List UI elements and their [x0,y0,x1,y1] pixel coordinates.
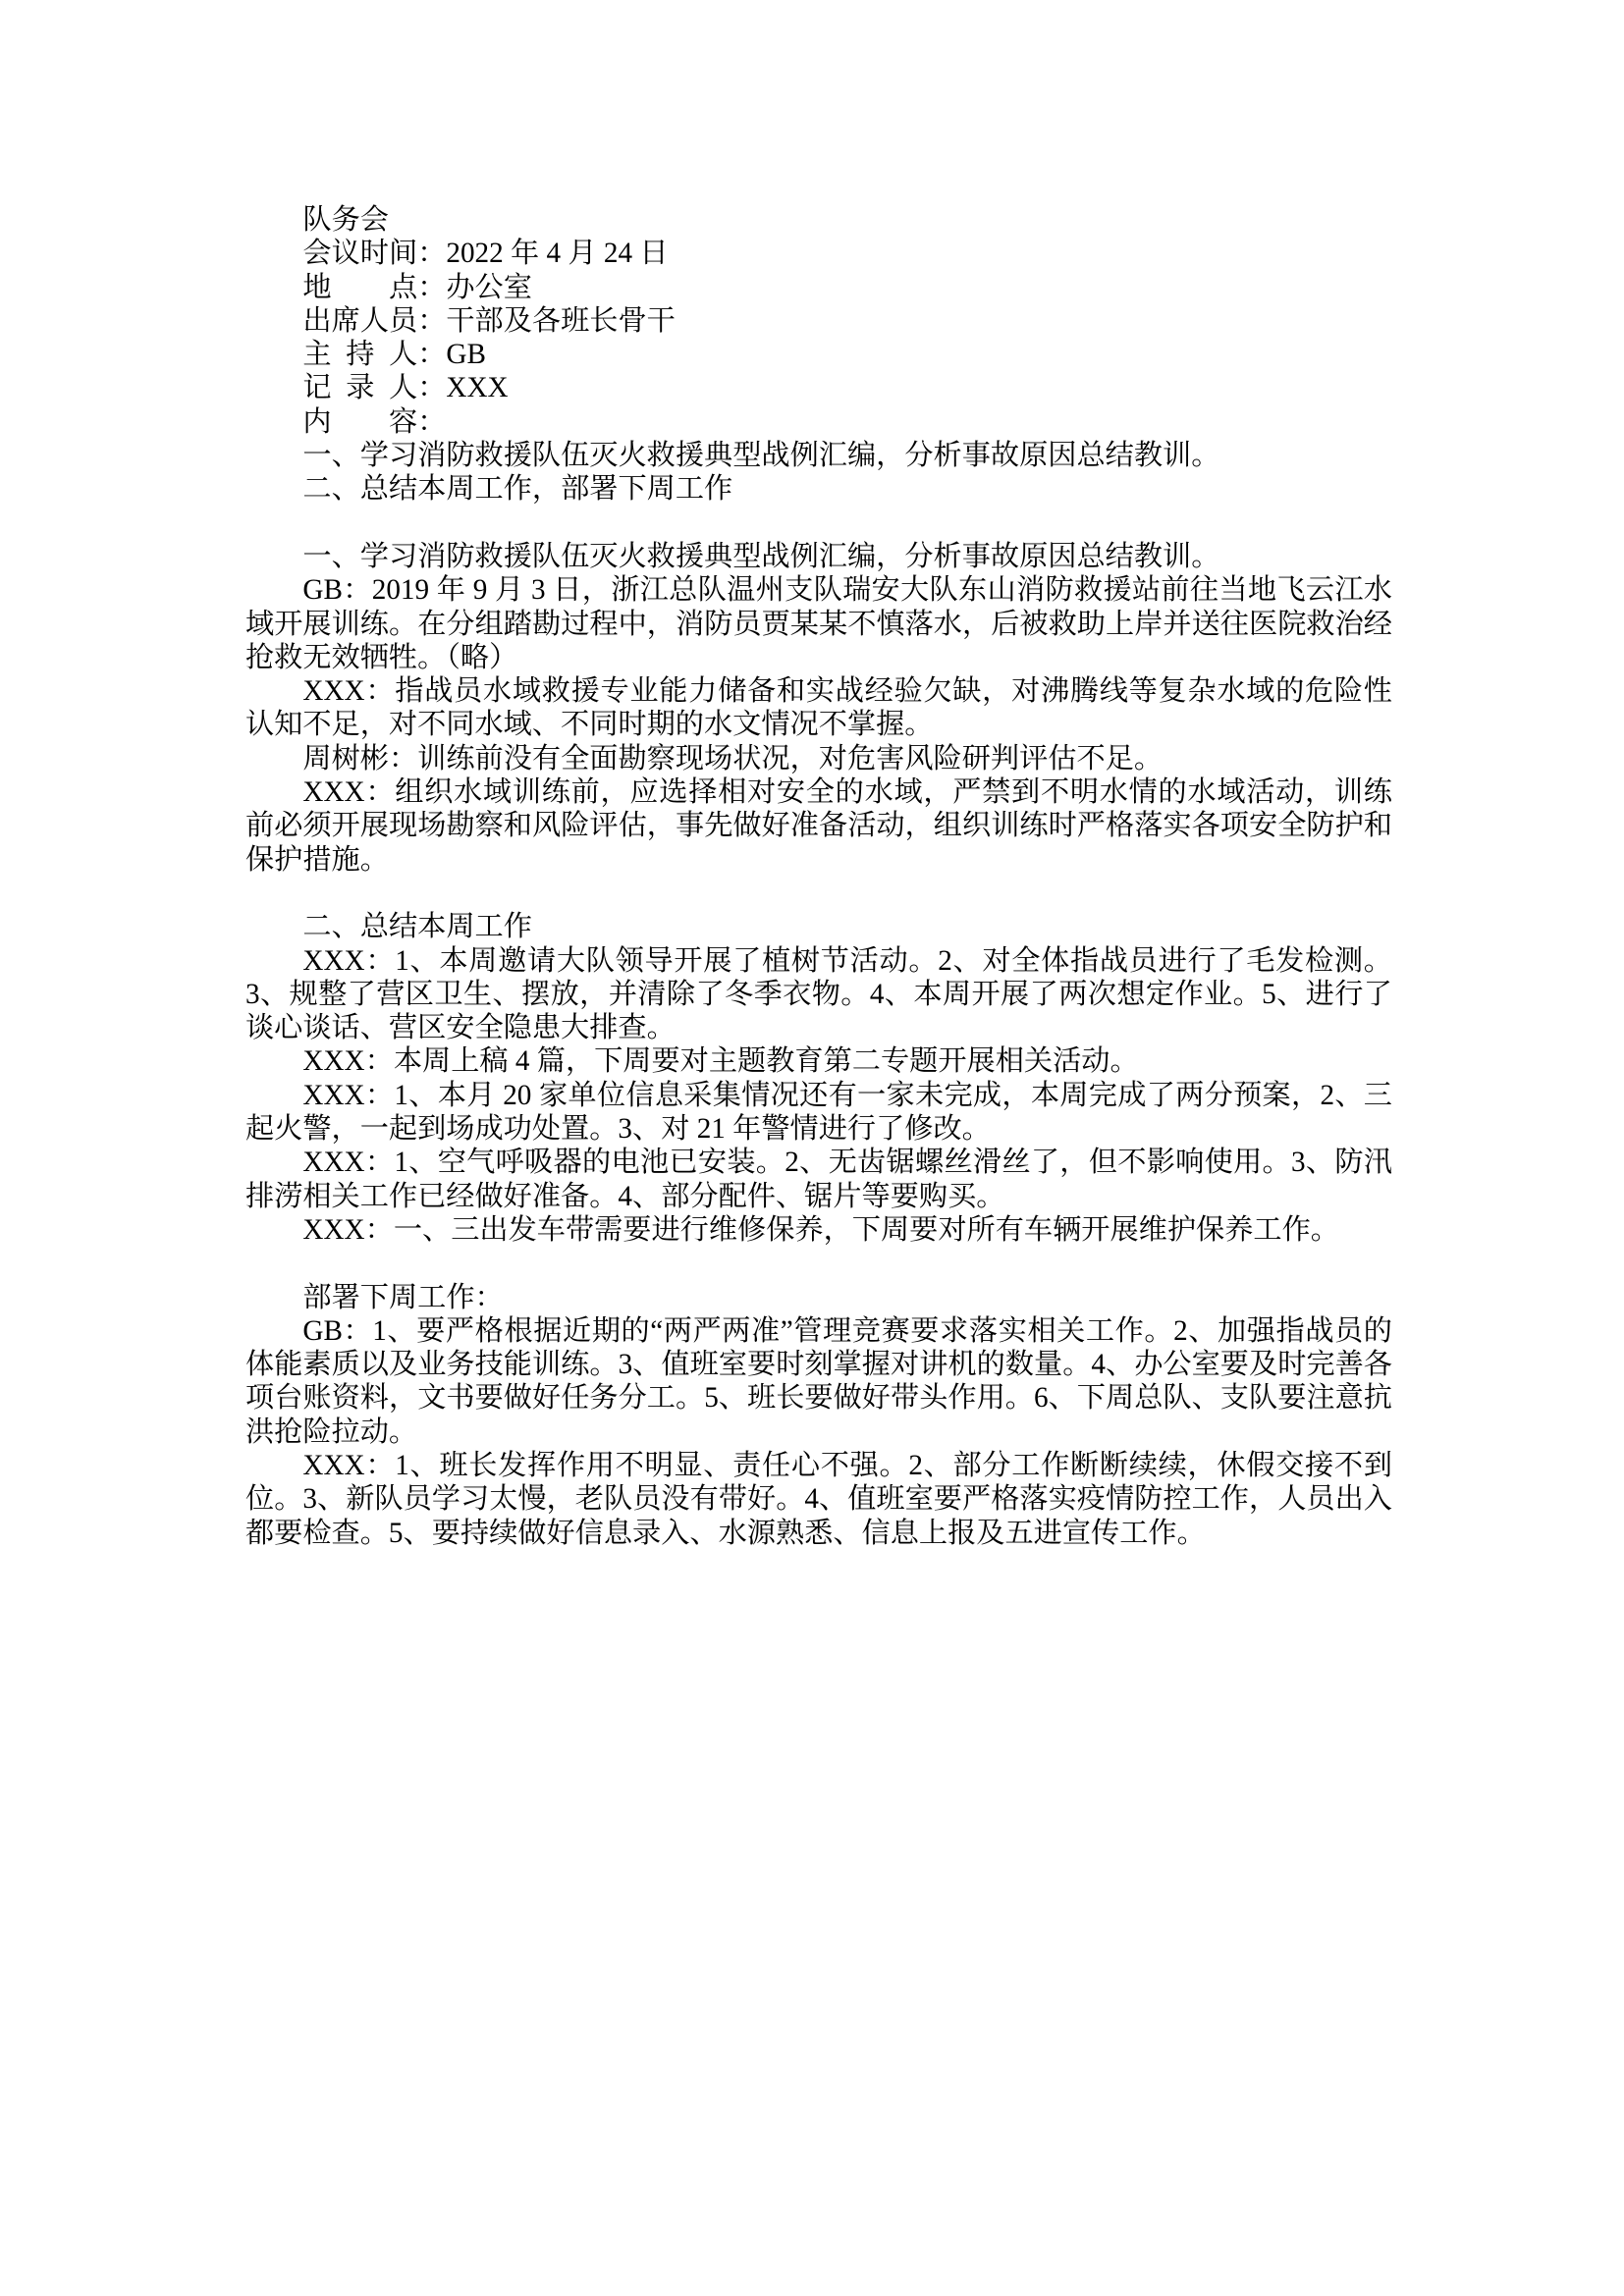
paragraph: XXX：1、空气呼吸器的电池已安装。2、无齿锯螺丝滑丝了，但不影响使用。3、防汛… [245,1146,1392,1213]
paragraph: GB：2019 年 9 月 3 日，浙江总队温州支队瑞安大队东山消防救援站前往当… [245,573,1392,674]
meta-label: 地点 [302,271,417,304]
content-label: 内容 [302,405,417,439]
meta-row: 会议时间：2022 年 4 月 24 日 [245,237,1392,270]
paragraph: XXX：1、本月 20 家单位信息采集情况还有一家未完成，本周完成了两分预案，2… [245,1079,1392,1147]
meta-block: 会议时间：2022 年 4 月 24 日地点：办公室出席人员：干部及各班长骨干主… [245,237,1392,404]
document-page: 队务会 会议时间：2022 年 4 月 24 日地点：办公室出席人员：干部及各班… [245,203,1392,1550]
meta-value: ：2022 年 4 月 24 日 [417,238,668,269]
paragraph: GB：1、要严格根据近期的“两严两准”管理竞赛要求落实相关工作。2、加强指战员的… [245,1314,1392,1449]
paragraph: XXX：指战员水域救援专业能力储备和实战经验欠缺，对沸腾线等复杂水域的危险性认知… [245,674,1392,742]
agenda-item: 一、学习消防救援队伍灭火救援典型战例汇编，分析事故原因总结教训。 [245,439,1392,472]
paragraph: XXX：本周上稿 4 篇，下周要对主题教育第二专题开展相关活动。 [245,1044,1392,1078]
meta-value: ：办公室 [417,272,532,303]
section: 一、学习消防救援队伍灭火救援典型战例汇编，分析事故原因总结教训。GB：2019 … [245,540,1392,877]
meta-label: 记录人 [302,371,417,404]
meta-row: 出席人员：干部及各班长骨干 [245,304,1392,338]
meta-label: 出席人员 [302,304,417,338]
content-separator: ： [417,406,446,438]
meta-label: 主持人 [302,338,417,371]
paragraph: 二、总结本周工作 [245,910,1392,943]
meta-value: ：XXX [417,372,508,403]
agenda-item: 二、总结本周工作，部署下周工作 [245,472,1392,506]
paragraph: XXX：组织水域训练前，应选择相对安全的水域，严禁到不明水情的水域活动，训练前必… [245,775,1392,877]
meta-row: 地点：办公室 [245,271,1392,304]
paragraph: 部署下周工作： [245,1281,1392,1314]
document-title: 队务会 [245,203,1392,237]
content-row: 内容： [245,405,1392,439]
meta-label: 会议时间 [302,237,417,270]
paragraph: XXX：1、班长发挥作用不明显、责任心不强。2、部分工作断断续续，休假交接不到位… [245,1449,1392,1550]
section: 二、总结本周工作XXX：1、本周邀请大队领导开展了植树节活动。2、对全体指战员进… [245,910,1392,1247]
section: 部署下周工作：GB：1、要严格根据近期的“两严两准”管理竞赛要求落实相关工作。2… [245,1281,1392,1550]
paragraph: XXX：1、本周邀请大队领导开展了植树节活动。2、对全体指战员进行了毛发检测。3… [245,944,1392,1045]
paragraph: 一、学习消防救援队伍灭火救援典型战例汇编，分析事故原因总结教训。 [245,540,1392,573]
paragraph: XXX：一、三出发车带需要进行维修保养，下周要对所有车辆开展维护保养工作。 [245,1213,1392,1247]
agenda-block: 一、学习消防救援队伍灭火救援典型战例汇编，分析事故原因总结教训。二、总结本周工作… [245,439,1392,507]
paragraph: 周树彬：训练前没有全面勘察现场状况，对危害风险研判评估不足。 [245,742,1392,775]
meta-value: ：干部及各班长骨干 [417,305,676,337]
meta-value: ：GB [417,339,486,370]
sections-block: 一、学习消防救援队伍灭火救援典型战例汇编，分析事故原因总结教训。GB：2019 … [245,540,1392,1550]
meta-row: 记录人：XXX [245,371,1392,404]
meta-row: 主持人：GB [245,338,1392,371]
